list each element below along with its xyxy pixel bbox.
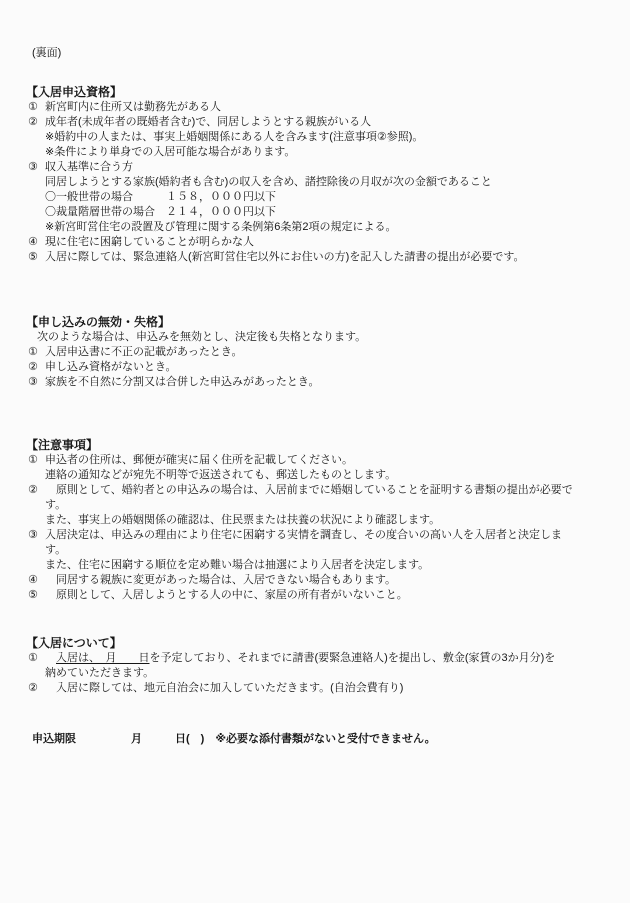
item-number: ①: [28, 453, 45, 468]
item-number: ⑤: [28, 588, 45, 603]
section-invalid-disqualification: 【申し込みの無効・失格】 次のような場合は、申込みを無効とし、決定後も失格となり…: [26, 315, 612, 390]
section-eligibility: 【入居申込資格】①新宮町内に住所又は勤務先がある人②成年者(未成年者の既婚者含む…: [26, 85, 612, 265]
line-text: 入居申込書に不正の記載があったとき。: [45, 345, 612, 360]
line-text: 連絡の通知などが宛先不明等で返送されても、郵送したものとします。: [45, 469, 396, 481]
list-item: ② 入居に際しては、地元自治会に加入していただきます。(自治会費有り): [26, 681, 612, 696]
section-title: 【申し込みの無効・失格】: [26, 315, 612, 330]
line-text: ※新宮町営住宅の設置及び管理に関する条例第6条第2項の規定による。: [45, 221, 396, 233]
continuation-line: ※条件により単身での入居可能な場合があります。: [26, 145, 612, 160]
line-text: 原則として、婚約者との申込みの場合は、入居前までに婚姻していることを証明する書類…: [45, 483, 612, 498]
list-item: ⑤入居に際しては、緊急連絡人(新宮町営住宅以外にお住いの方)を記入した請書の提出…: [26, 250, 612, 265]
list-item: ②申し込み資格がないとき。: [26, 360, 612, 375]
continuation-line: また、住宅に困窮する順位を定め難い場合は抽選により入居者を決定します。: [26, 558, 612, 573]
item-number: ②: [28, 115, 45, 130]
list-item: ② 原則として、婚約者との申込みの場合は、入居前までに婚姻していることを証明する…: [26, 483, 612, 498]
line-text: 〇裁量階層世帯の場合 ２１４，０００円以下: [45, 206, 276, 218]
list-item: ①入居申込書に不正の記載があったとき。: [26, 345, 612, 360]
continuation-line: 同居しようとする家族(婚約者も含む)の収入を含め、諸控除後の月収が次の金額である…: [26, 175, 612, 190]
line-text: 原則として、入居しようとする人の中に、家屋の所有者がいないこと。: [45, 588, 612, 603]
line-text: 新宮町内に住所又は勤務先がある人: [45, 100, 612, 115]
item-number: ①: [28, 651, 45, 666]
line-text: 収入基準に合う方: [45, 160, 612, 175]
item-number: ②: [28, 360, 45, 375]
list-item: ②成年者(未成年者の既婚者含む)で、同居しようとする親族がいる人: [26, 115, 612, 130]
line-text: 同居する親族に変更があった場合は、入居できない場合もあります。: [45, 573, 612, 588]
line-text: 入居決定は、申込みの理由により住宅に困窮する実情を調査し、その度合いの高い人を入…: [45, 528, 612, 543]
continuation-line: す。: [26, 498, 612, 513]
page-side-label: (裏面): [26, 46, 612, 61]
item-number: ⑤: [28, 250, 45, 265]
line-text: 納めていただきます。: [45, 667, 154, 679]
section-notes: 【注意事項】①申込者の住所は、郵便が確実に届く住所を記載してください。連絡の通知…: [26, 438, 612, 603]
line-text: 入居に際しては、緊急連絡人(新宮町営住宅以外にお住いの方)を記入した請書の提出が…: [45, 250, 612, 265]
text-line: 次のような場合は、申込みを無効とし、決定後も失格となります。: [26, 330, 612, 345]
continuation-line: 〇一般世帯の場合 １５８，０００円以下: [26, 190, 612, 205]
section-title: 【入居について】: [26, 636, 612, 651]
line-text: 入居は、 月 日を予定しており、それまでに請書(要緊急連絡人)を提出し、敷金(家…: [45, 651, 612, 666]
section-title: 【入居申込資格】: [26, 85, 612, 100]
list-item: ③収入基準に合う方: [26, 160, 612, 175]
item-number: ③: [28, 528, 45, 543]
line-text: 〇一般世帯の場合 １５８，０００円以下: [45, 191, 276, 203]
list-item: ①申込者の住所は、郵便が確実に届く住所を記載してください。: [26, 453, 612, 468]
item-number: ③: [28, 160, 45, 175]
line-text: 成年者(未成年者の既婚者含む)で、同居しようとする親族がいる人: [45, 115, 612, 130]
item-number: ②: [28, 681, 45, 696]
section-title: 【注意事項】: [26, 438, 612, 453]
continuation-line: す。: [26, 543, 612, 558]
line-text: す。: [45, 499, 66, 511]
continuation-line: 連絡の通知などが宛先不明等で返送されても、郵送したものとします。: [26, 468, 612, 483]
item-number: ④: [28, 573, 45, 588]
list-item: ④現に住宅に困窮していることが明らかな人: [26, 235, 612, 250]
list-item: ①新宮町内に住所又は勤務先がある人: [26, 100, 612, 115]
line-text: 現に住宅に困窮していることが明らかな人: [45, 235, 612, 250]
continuation-line: 納めていただきます。: [26, 666, 612, 681]
line-text: ※婚約中の人または、事実上婚姻関係にある人を含みます(注意事項②参照)。: [45, 131, 423, 143]
sections: 【入居申込資格】①新宮町内に住所又は勤務先がある人②成年者(未成年者の既婚者含む…: [26, 85, 612, 696]
line-text: 同居しようとする家族(婚約者も含む)の収入を含め、諸控除後の月収が次の金額である…: [45, 176, 492, 188]
line-text: 次のような場合は、申込みを無効とし、決定後も失格となります。: [26, 331, 366, 343]
line-text: また、事実上の婚姻関係の確認は、住民票または扶養の状況により確認します。: [45, 514, 440, 526]
line-text: ※条件により単身での入居可能な場合があります。: [45, 146, 295, 158]
list-item: ③入居決定は、申込みの理由により住宅に困窮する実情を調査し、その度合いの高い人を…: [26, 528, 612, 543]
continuation-line: ※新宮町営住宅の設置及び管理に関する条例第6条第2項の規定による。: [26, 220, 612, 235]
item-number: ①: [28, 100, 45, 115]
application-deadline-line: 申込期限 月 日( ) ※必要な添付書類がないと受付できません。: [26, 732, 612, 747]
continuation-line: ※婚約中の人または、事実上婚姻関係にある人を含みます(注意事項②参照)。: [26, 130, 612, 145]
line-text: 入居に際しては、地元自治会に加入していただきます。(自治会費有り): [45, 681, 612, 696]
line-text: また、住宅に困窮する順位を定め難い場合は抽選により入居者を決定します。: [45, 559, 429, 571]
item-number: ③: [28, 375, 45, 390]
line-text: 申込者の住所は、郵便が確実に届く住所を記載してください。: [45, 453, 612, 468]
list-item: ③家族を不自然に分割又は合併した申込みがあったとき。: [26, 375, 612, 390]
line-text: す。: [45, 544, 66, 556]
item-number: ①: [28, 345, 45, 360]
item-number: ④: [28, 235, 45, 250]
continuation-line: また、事実上の婚姻関係の確認は、住民票または扶養の状況により確認します。: [26, 513, 612, 528]
list-item: ④ 同居する親族に変更があった場合は、入居できない場合もあります。: [26, 573, 612, 588]
line-text: 家族を不自然に分割又は合併した申込みがあったとき。: [45, 375, 612, 390]
line-text: 申し込み資格がないとき。: [45, 360, 612, 375]
item-number: ②: [28, 483, 45, 498]
section-move-in: 【入居について】① 入居は、 月 日を予定しており、それまでに請書(要緊急連絡人…: [26, 636, 612, 696]
document-page-back: (裏面) 【入居申込資格】①新宮町内に住所又は勤務先がある人②成年者(未成年者の…: [0, 0, 630, 903]
list-item: ① 入居は、 月 日を予定しており、それまでに請書(要緊急連絡人)を提出し、敷金…: [26, 651, 612, 666]
continuation-line: 〇裁量階層世帯の場合 ２１４，０００円以下: [26, 205, 612, 220]
list-item: ⑤ 原則として、入居しようとする人の中に、家屋の所有者がいないこと。: [26, 588, 612, 603]
